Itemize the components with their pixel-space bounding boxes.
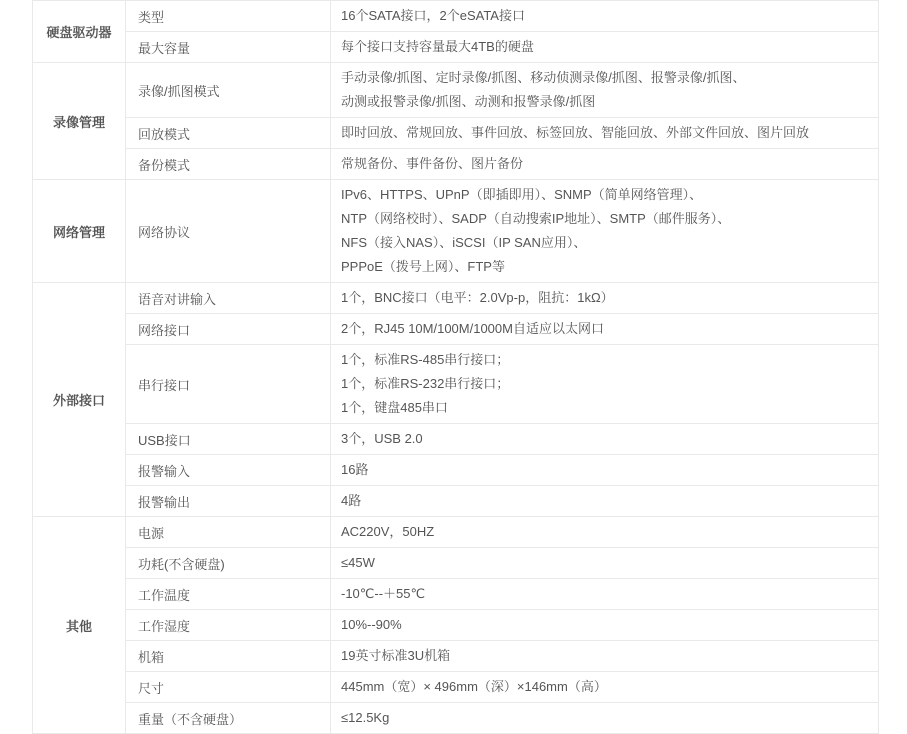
spec-label: 备份模式: [126, 149, 331, 180]
spec-value: ≤12.5Kg: [331, 703, 879, 729]
spec-label: 重量（不含硬盘）: [126, 703, 331, 729]
spec-label: 回放模式: [126, 118, 331, 149]
spec-value: -10℃--＋55℃: [331, 579, 879, 610]
spec-value: 1个，BNC接口（电平：2.0Vp-p，阻抗：1kΩ）: [331, 283, 879, 314]
spec-label: 尺寸: [126, 672, 331, 703]
category-cell-network: 网络管理: [33, 180, 126, 283]
spec-label: 电源: [126, 517, 331, 548]
spec-label: 报警输入: [126, 455, 331, 486]
spec-value: IPv6、HTTPS、UPnP（即插即用）、SNMP（简单网络管理）、 NTP（…: [331, 180, 879, 283]
category-cell-external-interface: 外部接口: [33, 283, 126, 517]
spec-value: 常规备份、事件备份、图片备份: [331, 149, 879, 180]
spec-label: 工作温度: [126, 579, 331, 610]
spec-label: 机箱: [126, 641, 331, 672]
spec-value: 即时回放、常规回放、事件回放、标签回放、智能回放、外部文件回放、图片回放: [331, 118, 879, 149]
spec-value: 4路: [331, 486, 879, 517]
spec-label: 网络接口: [126, 314, 331, 345]
spec-value: 1个，标准RS-485串行接口； 1个，标准RS-232串行接口； 1个，键盘4…: [331, 345, 879, 424]
spec-value: AC220V，50HZ: [331, 517, 879, 548]
spec-value: 3个，USB 2.0: [331, 424, 879, 455]
spec-value: 10%--90%: [331, 610, 879, 641]
category-cell-recording: 录像管理: [33, 63, 126, 180]
spec-label: 最大容量: [126, 32, 331, 63]
spec-value: 每个接口支持容量最大4TB的硬盘: [331, 32, 879, 63]
spec-label: 类型: [126, 1, 331, 32]
spec-label: 录像/抓图模式: [126, 63, 331, 118]
spec-label: 语音对讲输入: [126, 283, 331, 314]
spec-label: 报警输出: [126, 486, 331, 517]
spec-value: 19英寸标准3U机箱: [331, 641, 879, 672]
spec-value: ≤45W: [331, 548, 879, 579]
spec-value: 手动录像/抓图、定时录像/抓图、移动侦测录像/抓图、报警录像/抓图、 动测或报警…: [331, 63, 879, 118]
spec-label: 串行接口: [126, 345, 331, 424]
spec-value: 2个，RJ45 10M/100M/1000M自适应以太网口: [331, 314, 879, 345]
spec-label: USB接口: [126, 424, 331, 455]
spec-table: 硬盘驱动器 类型 16个SATA接口，2个eSATA接口 最大容量 每个接口支持…: [32, 0, 879, 728]
spec-value: 16个SATA接口，2个eSATA接口: [331, 1, 879, 32]
spec-label: 网络协议: [126, 180, 331, 283]
spec-label: 功耗(不含硬盘): [126, 548, 331, 579]
spec-table-container: 硬盘驱动器 类型 16个SATA接口，2个eSATA接口 最大容量 每个接口支持…: [32, 0, 879, 728]
spec-value: 16路: [331, 455, 879, 486]
category-cell-hard-drive: 硬盘驱动器: [33, 1, 126, 63]
spec-label: 工作湿度: [126, 610, 331, 641]
category-cell-other: 其他: [33, 517, 126, 729]
spec-value: 445mm（宽）× 496mm（深）×146mm（高）: [331, 672, 879, 703]
